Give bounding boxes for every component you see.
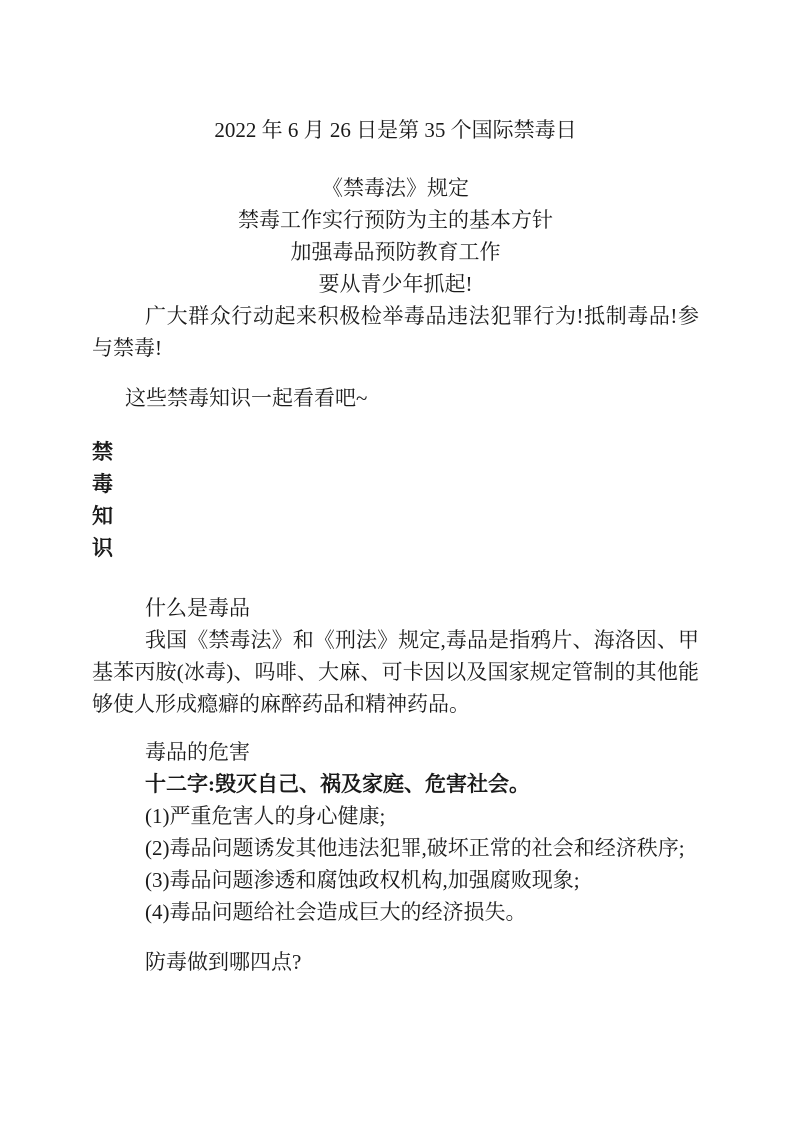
slogan-line-1: 《禁毒法》规定 (92, 172, 699, 204)
slogan-line-4: 要从青少年抓起! (92, 268, 699, 300)
call-to-action-paragraph: 广大群众行动起来积极检举毒品违法犯罪行为!抵制毒品!参与禁毒! (92, 300, 699, 364)
spacer (92, 564, 699, 592)
harm-item-2: (2)毒品问题诱发其他违法犯罪,破坏正常的社会和经济秩序; (92, 832, 699, 864)
vertical-heading-char: 知 (92, 500, 699, 532)
spacer (92, 364, 699, 382)
drug-harm-summary: 十二字:毁灭自己、祸及家庭、危害社会。 (92, 768, 699, 800)
harm-item-1: (1)严重危害人的身心健康; (92, 800, 699, 832)
drug-harm-heading: 毒品的危害 (92, 736, 699, 768)
prevention-question: 防毒做到哪四点? (92, 946, 699, 978)
slogan-line-2: 禁毒工作实行预防为主的基本方针 (92, 204, 699, 236)
vertical-heading-char: 识 (92, 532, 699, 564)
spacer (92, 414, 699, 436)
what-is-drugs-heading: 什么是毒品 (92, 592, 699, 624)
intro-line: 这些禁毒知识一起看看吧~ (92, 382, 699, 414)
document-page: 2022 年 6 月 26 日是第 35 个国际禁毒日 《禁毒法》规定 禁毒工作… (0, 0, 793, 1122)
vertical-heading-char: 毒 (92, 468, 699, 500)
harm-item-3: (3)毒品问题渗透和腐蚀政权机构,加强腐败现象; (92, 864, 699, 896)
vertical-heading-char: 禁 (92, 436, 699, 468)
spacer (92, 928, 699, 946)
harm-item-4: (4)毒品问题给社会造成巨大的经济损失。 (92, 896, 699, 928)
spacer (92, 146, 699, 172)
what-is-drugs-body: 我国《禁毒法》和《刑法》规定,毒品是指鸦片、海洛因、甲基苯丙胺(冰毒)、吗啡、大… (92, 624, 699, 720)
spacer (92, 720, 699, 736)
doc-title: 2022 年 6 月 26 日是第 35 个国际禁毒日 (92, 114, 699, 146)
slogan-line-3: 加强毒品预防教育工作 (92, 236, 699, 268)
